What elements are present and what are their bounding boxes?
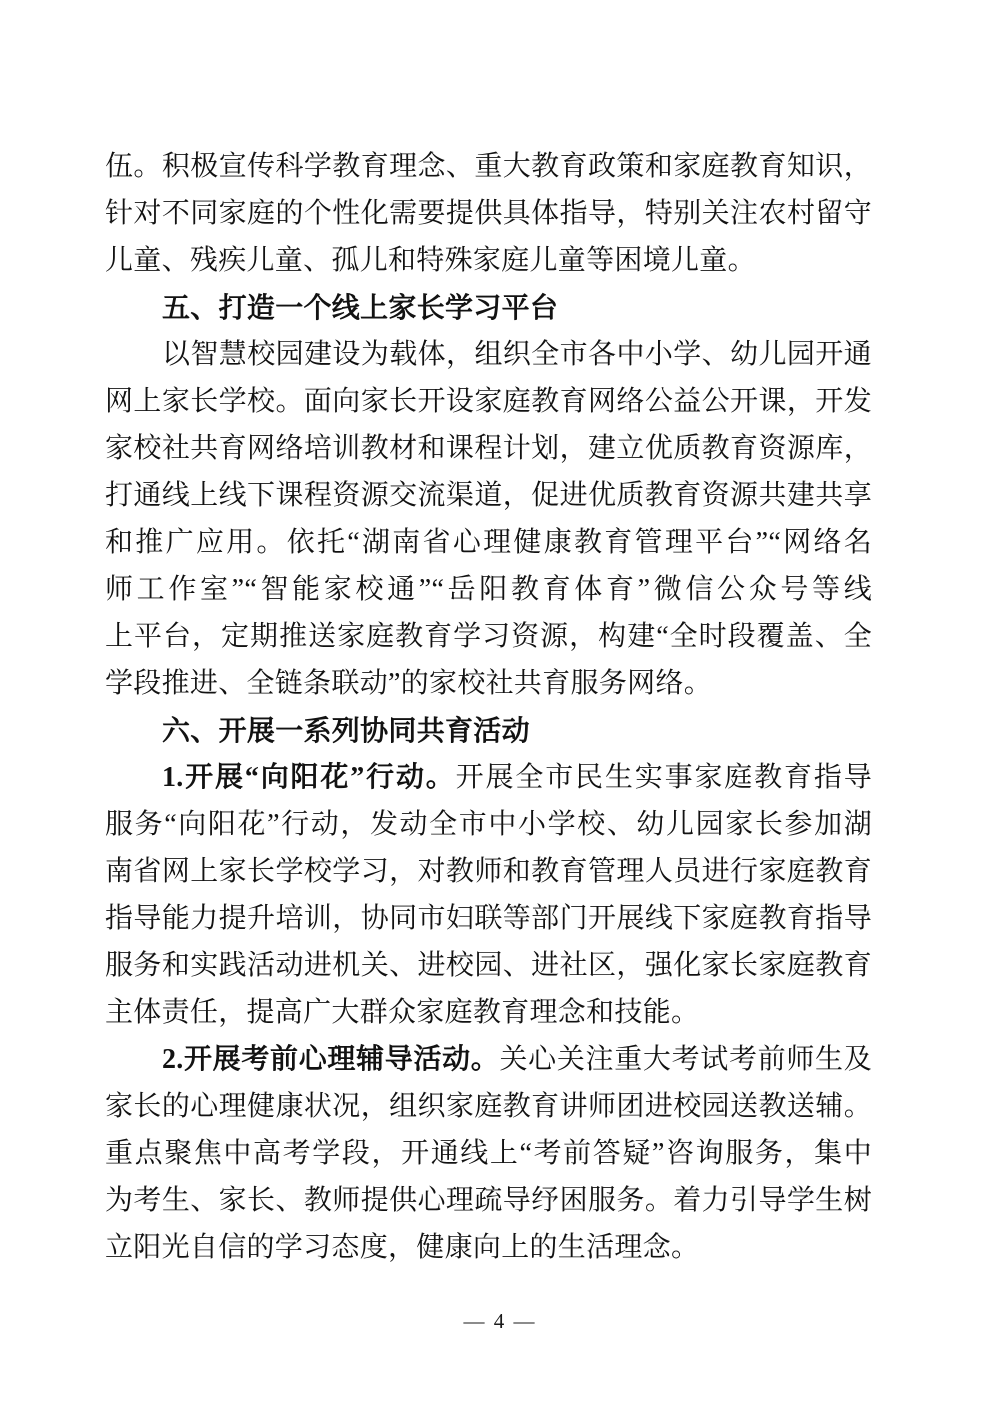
section-heading: 五、打造一个线上家长学习平台 <box>105 284 872 331</box>
paragraph: 伍。积极宣传科学教育理念、重大教育政策和家庭教育知识，针对不同家庭的个性化需要提… <box>105 143 872 284</box>
text-line: 学段推进、全链条联动”的家校社共育服务网络。 <box>105 660 872 707</box>
bold-lead-text: 五、打造一个线上家长学习平台 <box>162 292 558 323</box>
body-text: 打通线上线下课程资源交流渠道，促进优质教育资源共建共享 <box>105 480 872 511</box>
body-text: 家校社共育网络培训教材和课程计划，建立优质教育资源库， <box>105 433 872 464</box>
body-text: 师工作室”“智能家校通”“岳阳教育体育”微信公众号等线 <box>105 574 872 605</box>
body-text: 服务和实践活动进机关、进校园、进社区，强化家长家庭教育 <box>105 950 872 981</box>
bold-lead-text: 六、开展一系列协同共育活动 <box>162 715 530 746</box>
text-line: 2.开展考前心理辅导活动。关心关注重大考试考前师生及 <box>105 1036 872 1083</box>
body-text: 儿童、残疾儿童、孤儿和特殊家庭儿童等困境儿童。 <box>105 245 756 276</box>
text-line: 五、打造一个线上家长学习平台 <box>105 284 872 331</box>
body-text: 立阳光自信的学习态度，健康向上的生活理念。 <box>105 1232 699 1263</box>
text-line: 重点聚焦中高考学段，开通线上“考前答疑”咨询服务，集中 <box>105 1130 872 1177</box>
text-line: 立阳光自信的学习态度，健康向上的生活理念。 <box>105 1224 872 1271</box>
body-text: 学段推进、全链条联动”的家校社共育服务网络。 <box>105 668 712 699</box>
bold-lead-text: 2.开展考前心理辅导活动。 <box>162 1044 500 1075</box>
body-text: 以智慧校园建设为载体，组织全市各中小学、幼儿园开通 <box>162 339 872 370</box>
text-line: 六、开展一系列协同共育活动 <box>105 707 872 754</box>
body-text: 服务“向阳花”行动，发动全市中小学校、幼儿园家长参加湖 <box>105 809 872 840</box>
body-text: 家长的心理健康状况，组织家庭教育讲师团进校园送教送辅。 <box>105 1091 872 1122</box>
text-line: 打通线上线下课程资源交流渠道，促进优质教育资源共建共享 <box>105 472 872 519</box>
text-line: 指导能力提升培训，协同市妇联等部门开展线下家庭教育指导 <box>105 895 872 942</box>
bold-lead-text: 1.开展“向阳花”行动。 <box>162 762 456 793</box>
text-line: 1.开展“向阳花”行动。开展全市民生实事家庭教育指导 <box>105 754 872 801</box>
body-text: 开展全市民生实事家庭教育指导 <box>456 762 872 793</box>
text-line: 和推广应用。依托“湖南省心理健康教育管理平台”“网络名 <box>105 519 872 566</box>
body-text: 上平台，定期推送家庭教育学习资源，构建“全时段覆盖、全 <box>105 621 872 652</box>
paragraph: 以智慧校园建设为载体，组织全市各中小学、幼儿园开通网上家长学校。面向家长开设家庭… <box>105 331 872 707</box>
page-number: — 4 — <box>0 1305 1000 1337</box>
text-line: 伍。积极宣传科学教育理念、重大教育政策和家庭教育知识， <box>105 143 872 190</box>
body-text: 为考生、家长、教师提供心理疏导纾困服务。着力引导学生树 <box>105 1185 872 1216</box>
text-line: 针对不同家庭的个性化需要提供具体指导，特别关注农村留守 <box>105 190 872 237</box>
text-content: 伍。积极宣传科学教育理念、重大教育政策和家庭教育知识，针对不同家庭的个性化需要提… <box>105 143 872 1271</box>
paragraph: 2.开展考前心理辅导活动。关心关注重大考试考前师生及家长的心理健康状况，组织家庭… <box>105 1036 872 1271</box>
text-line: 服务“向阳花”行动，发动全市中小学校、幼儿园家长参加湖 <box>105 801 872 848</box>
body-text: 网上家长学校。面向家长开设家庭教育网络公益公开课，开发 <box>105 386 872 417</box>
body-text: 和推广应用。依托“湖南省心理健康教育管理平台”“网络名 <box>105 527 872 558</box>
body-text: 指导能力提升培训，协同市妇联等部门开展线下家庭教育指导 <box>105 903 872 934</box>
text-line: 网上家长学校。面向家长开设家庭教育网络公益公开课，开发 <box>105 378 872 425</box>
text-line: 家校社共育网络培训教材和课程计划，建立优质教育资源库， <box>105 425 872 472</box>
paragraph: 1.开展“向阳花”行动。开展全市民生实事家庭教育指导服务“向阳花”行动，发动全市… <box>105 754 872 1036</box>
body-text: 主体责任，提高广大群众家庭教育理念和技能。 <box>105 997 699 1028</box>
body-text: 针对不同家庭的个性化需要提供具体指导，特别关注农村留守 <box>105 198 872 229</box>
text-line: 服务和实践活动进机关、进校园、进社区，强化家长家庭教育 <box>105 942 872 989</box>
text-line: 儿童、残疾儿童、孤儿和特殊家庭儿童等困境儿童。 <box>105 237 872 284</box>
text-line: 以智慧校园建设为载体，组织全市各中小学、幼儿园开通 <box>105 331 872 378</box>
body-text: 关心关注重大考试考前师生及 <box>500 1044 873 1075</box>
text-line: 为考生、家长、教师提供心理疏导纾困服务。着力引导学生树 <box>105 1177 872 1224</box>
text-line: 家长的心理健康状况，组织家庭教育讲师团进校园送教送辅。 <box>105 1083 872 1130</box>
document-page: 伍。积极宣传科学教育理念、重大教育政策和家庭教育知识，针对不同家庭的个性化需要提… <box>0 0 1000 1414</box>
text-line: 南省网上家长学校学习，对教师和教育管理人员进行家庭教育 <box>105 848 872 895</box>
text-line: 主体责任，提高广大群众家庭教育理念和技能。 <box>105 989 872 1036</box>
text-line: 师工作室”“智能家校通”“岳阳教育体育”微信公众号等线 <box>105 566 872 613</box>
section-heading: 六、开展一系列协同共育活动 <box>105 707 872 754</box>
body-text: 南省网上家长学校学习，对教师和教育管理人员进行家庭教育 <box>105 856 872 887</box>
body-text: 重点聚焦中高考学段，开通线上“考前答疑”咨询服务，集中 <box>105 1138 872 1169</box>
body-text: 伍。积极宣传科学教育理念、重大教育政策和家庭教育知识， <box>105 151 872 182</box>
text-line: 上平台，定期推送家庭教育学习资源，构建“全时段覆盖、全 <box>105 613 872 660</box>
